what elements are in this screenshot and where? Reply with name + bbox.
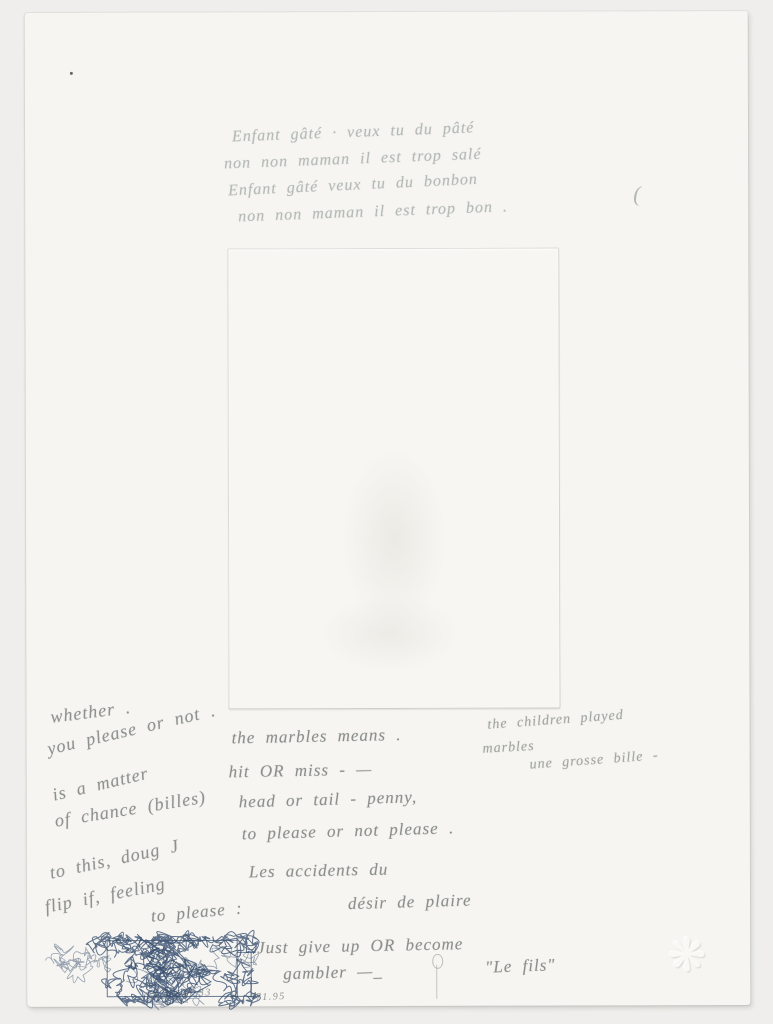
verse-line: Enfant gâté veux tu du bonbon — [228, 171, 479, 201]
loop-mark-stem — [436, 965, 437, 999]
note-line: to please or not please . — [242, 818, 455, 844]
note-line: head or tail - penny, — [238, 787, 417, 812]
verse-line: non non maman il est trop salé — [224, 146, 482, 174]
note-line-fragment: to please : — [150, 898, 243, 926]
note-line: gambler —_ — [283, 961, 383, 984]
scribble-stroke — [45, 944, 111, 983]
note-line: hit OR miss - — — [228, 760, 372, 783]
note-line: désir de plaire — [348, 891, 472, 915]
plate-mark — [227, 248, 560, 710]
note-line: marbles — [482, 739, 535, 758]
paper-speck — [70, 72, 73, 75]
faint-loop-mark — [431, 954, 443, 1000]
paper-sheet: Enfant gâté · veux tu du pâté non non ma… — [25, 11, 751, 1007]
note-line: Les accidents du — [249, 860, 389, 883]
faint-ghost-image — [289, 579, 489, 690]
loop-mark-head — [432, 954, 443, 969]
note-line: "Le fils" — [485, 955, 556, 978]
blindstamp-star-icon: ❋ — [659, 927, 715, 983]
scan-of-artwork: Enfant gâté · veux tu du pâté non non ma… — [0, 0, 773, 1024]
verse-line: non non maman il est trop bon . — [238, 198, 508, 226]
faint-ghost-image — [319, 409, 470, 669]
verse-line: Enfant gâté · veux tu du pâté — [232, 119, 475, 146]
note-line: the marbles means . — [231, 725, 401, 748]
blue-pen-scribble — [33, 926, 265, 1011]
note-line: une grosse bille - — [529, 748, 659, 773]
scribble-svg — [33, 926, 265, 1011]
stray-pencil-mark: ( — [633, 181, 640, 207]
note-line: the children played — [487, 708, 624, 734]
